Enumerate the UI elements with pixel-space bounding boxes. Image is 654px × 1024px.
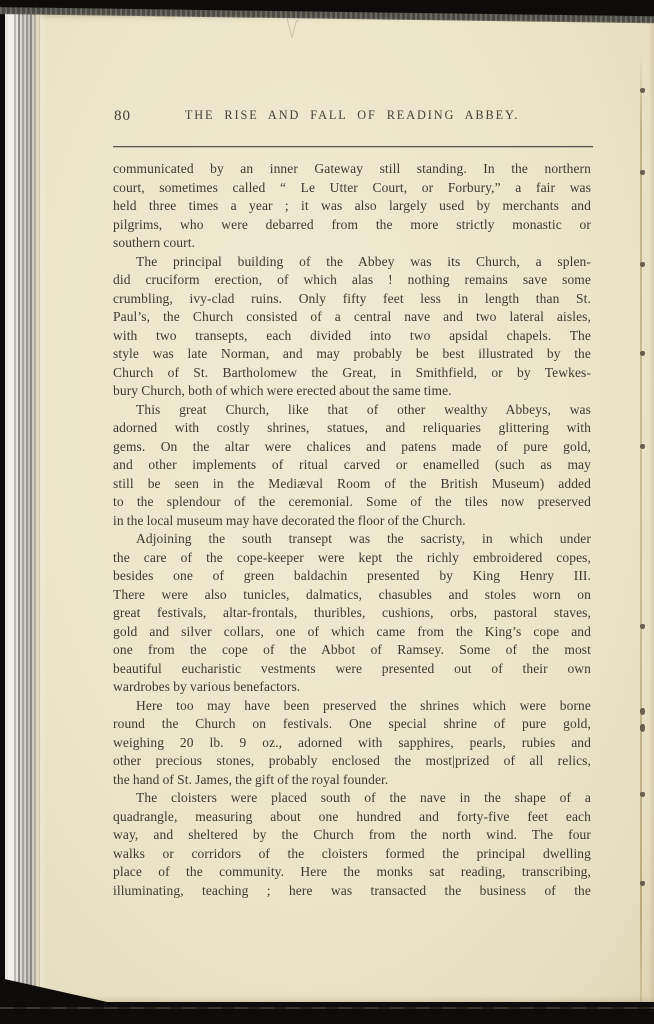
text-line: did cruciform erection, of which alas ! …: [113, 271, 591, 290]
text-line: with two transepts, each divided into tw…: [113, 327, 591, 346]
stitch-mark: [640, 88, 645, 93]
page-corner-shadow: [0, 978, 125, 1006]
text-line: communicated by an inner Gateway still s…: [113, 160, 591, 179]
text-line: in the local museum may have decorated t…: [113, 512, 591, 531]
text-line: gold and silver collars, one of which ca…: [113, 623, 591, 642]
text-line: wardrobes by various benefactors.: [113, 678, 591, 697]
text-line: There were also tunicles, dalmatics, cha…: [113, 586, 591, 605]
text-line: round the Church on festivals. One speci…: [113, 715, 591, 734]
text-line: great festivals, altar-frontals, thuribl…: [113, 604, 591, 623]
text-line: still be seen in the Mediæval Room of th…: [113, 475, 591, 494]
body-text: communicated by an inner Gateway still s…: [113, 160, 591, 900]
text-line: quadrangle, measuring about one hundred …: [113, 808, 591, 827]
text-line: court, sometimes called “ Le Utter Court…: [113, 179, 591, 198]
text-line: style was late Norman, and may probably …: [113, 345, 591, 364]
text-line: walks or corridors of the cloisters form…: [113, 845, 591, 864]
text-line: pilgrims, who were debarred from the mor…: [113, 216, 591, 235]
text-line: The principal building of the Abbey was …: [113, 253, 591, 272]
text-line: way, and sheltered by the Church from th…: [113, 826, 591, 845]
text-line: gems. On the altar were chalices and pat…: [113, 438, 591, 457]
stitch-mark: [640, 724, 645, 732]
text-line: other precious stones, probably enclosed…: [113, 752, 591, 771]
text-line: the care of the cope-keeper were kept th…: [113, 549, 591, 568]
stitch-mark: [640, 444, 645, 449]
book-page: 80 THE RISE AND FALL OF READING ABBEY. c…: [40, 14, 654, 1002]
stitch-mark: [640, 624, 645, 629]
text-line: southern court.: [113, 234, 591, 253]
text-line: besides one of green baldachin presented…: [113, 567, 591, 586]
text-line: to the splendour of the ceremonial. Some…: [113, 493, 591, 512]
cover-bottom-edge: [0, 1007, 654, 1009]
text-line: illuminating, teaching ; here was transa…: [113, 882, 591, 901]
text-line: weighing 20 lb. 9 oz., adorned with sapp…: [113, 734, 591, 753]
text-line: the hand of St. James, the gift of the r…: [113, 771, 591, 790]
text-line: Church of St. Bartholomew the Great, in …: [113, 364, 591, 383]
text-line: The cloisters were placed south of the n…: [113, 789, 591, 808]
text-line: and other implements of ritual carved or…: [113, 456, 591, 475]
text-line: This great Church, like that of other we…: [113, 401, 591, 420]
stitch-mark: [640, 792, 645, 797]
stitch-mark: [640, 881, 645, 886]
running-header: THE RISE AND FALL OF READING ABBEY.: [113, 108, 591, 123]
text-line: Here too may have been preserved the shr…: [113, 697, 591, 716]
text-line: one from the cope of the Abbot of Ramsey…: [113, 641, 591, 660]
page-edges-stack: [0, 13, 42, 1005]
stitch-mark: [640, 708, 645, 715]
text-line: bury Church, both of which were erected …: [113, 382, 591, 401]
text-line: Paul’s, the Church consisted of a centra…: [113, 308, 591, 327]
text-line: beautiful eucharistic vestments were pre…: [113, 660, 591, 679]
text-line: place of the community. Here the monks s…: [113, 863, 591, 882]
stitch-mark: [640, 170, 645, 175]
text-line: held three times a year ; it was also la…: [113, 197, 591, 216]
page-number: 80: [114, 108, 131, 125]
text-line: adorned with costly shrines, statues, an…: [113, 419, 591, 438]
stitch-mark: [640, 351, 645, 356]
text-line: crumbling, ivy-clad ruins. Only fifty fe…: [113, 290, 591, 309]
stitch-mark: [640, 262, 645, 267]
page-header: 80 THE RISE AND FALL OF READING ABBEY.: [113, 108, 591, 128]
text-line: Adjoining the south transept was the sac…: [113, 530, 591, 549]
gutter-crease: [640, 54, 642, 1002]
header-rule: [113, 146, 593, 147]
book-photograph: 80 THE RISE AND FALL OF READING ABBEY. c…: [0, 0, 654, 1024]
